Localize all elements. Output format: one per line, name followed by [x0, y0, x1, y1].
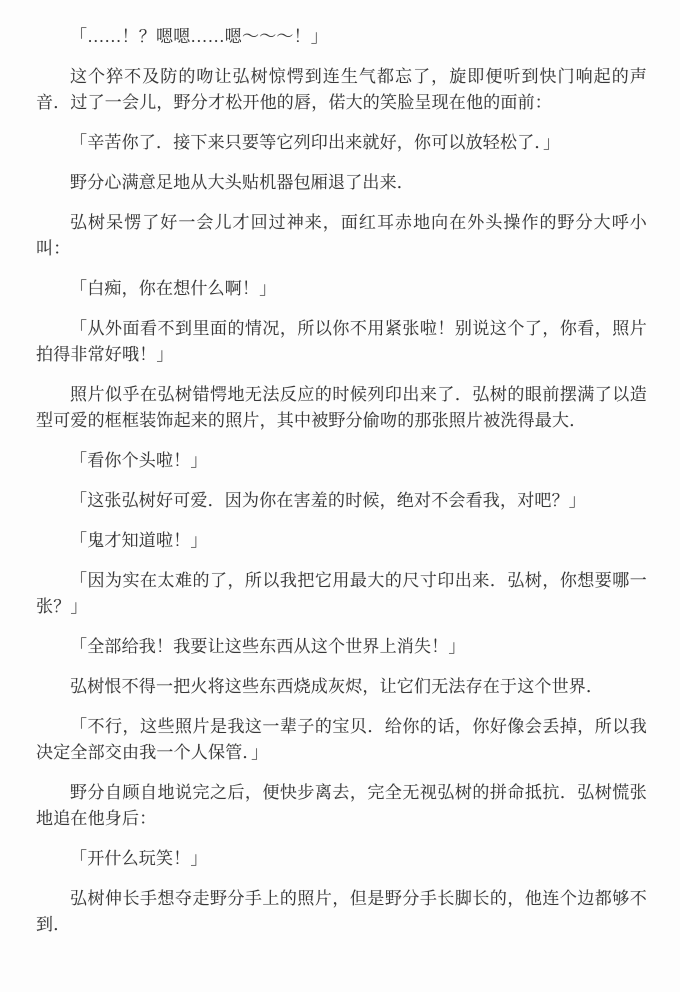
paragraph: 「不行，这些照片是我这一辈子的宝贝．给你的话，你好像会丢掉，所以我决定全部交由我… — [36, 714, 647, 766]
paragraph: 「开什么玩笑！」 — [36, 846, 647, 872]
paragraph: 这个猝不及防的吻让弘树惊愕到连生气都忘了，旋即便听到快门响起的声音．过了一会儿，… — [36, 64, 647, 116]
paragraph: 「……！？嗯嗯……嗯～～～！」 — [36, 24, 647, 50]
paragraph: 照片似乎在弘树错愕地无法反应的时候列印出来了．弘树的眼前摆满了以造型可爱的框框装… — [36, 382, 647, 434]
paragraph: 「辛苦你了．接下来只要等它列印出来就好，你可以放轻松了．」 — [36, 130, 647, 156]
paragraph: 弘树伸长手想夺走野分手上的照片，但是野分手长脚长的，他连个边都够不到． — [36, 886, 647, 938]
novel-page: 「……！？嗯嗯……嗯～～～！」这个猝不及防的吻让弘树惊愕到连生气都忘了，旋即便听… — [0, 0, 680, 992]
paragraph: 野分心满意足地从大头贴机器包厢退了出来． — [36, 170, 647, 196]
paragraph: 「白痴，你在想什么啊！」 — [36, 276, 647, 302]
paragraph: 「全部给我！我要让这些东西从这个世界上消失！」 — [36, 634, 647, 660]
paragraph: 野分自顾自地说完之后，便快步离去，完全无视弘树的拼命抵抗．弘树慌张地追在他身后： — [36, 780, 647, 832]
paragraph: 弘树呆愣了好一会儿才回过神来，面红耳赤地向在外头操作的野分大呼小叫： — [36, 210, 647, 262]
paragraph: 「鬼才知道啦！」 — [36, 528, 647, 554]
paragraph: 弘树恨不得一把火将这些东西烧成灰烬，让它们无法存在于这个世界． — [36, 674, 647, 700]
paragraph: 「这张弘树好可爱．因为你在害羞的时候，绝对不会看我，对吧？」 — [36, 488, 647, 514]
paragraph: 「从外面看不到里面的情况，所以你不用紧张啦！别说这个了，你看，照片拍得非常好哦！… — [36, 316, 647, 368]
text-body: 「……！？嗯嗯……嗯～～～！」这个猝不及防的吻让弘树惊愕到连生气都忘了，旋即便听… — [36, 24, 647, 938]
paragraph: 「看你个头啦！」 — [36, 448, 647, 474]
paragraph: 「因为实在太难的了，所以我把它用最大的尺寸印出来．弘树，你想要哪一张？」 — [36, 568, 647, 620]
